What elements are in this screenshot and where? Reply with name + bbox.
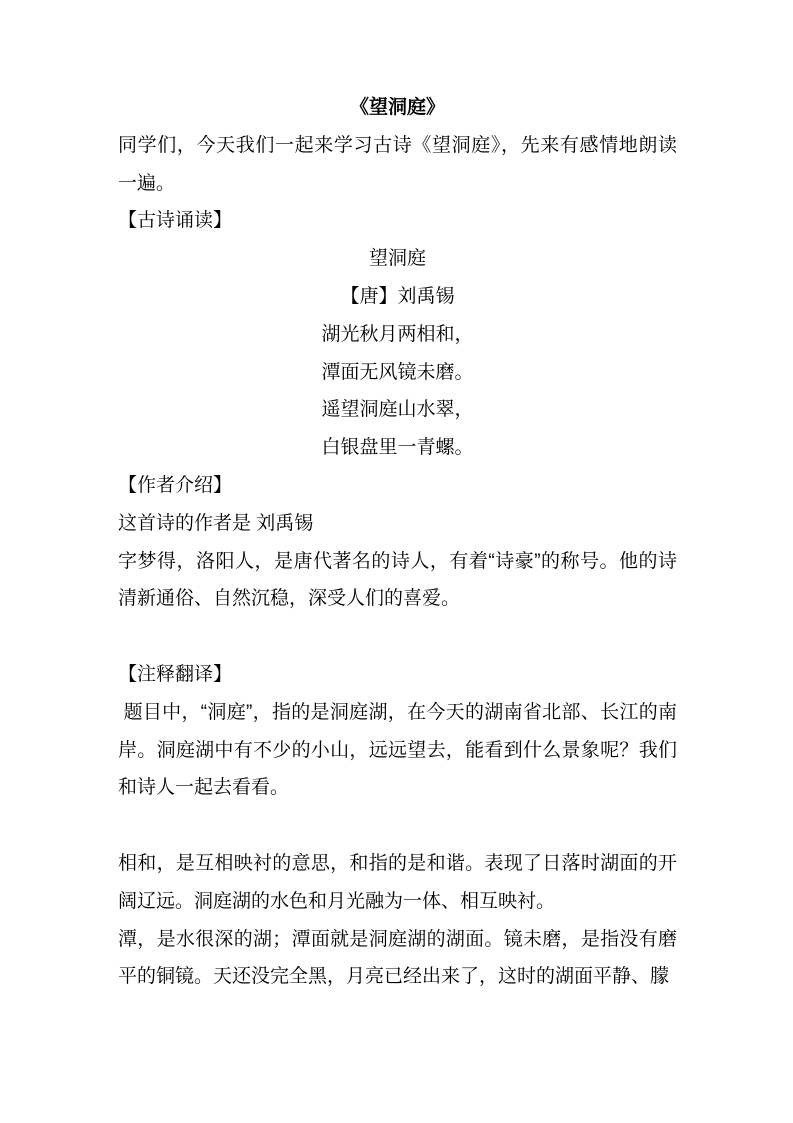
section-header-recite: 【古诗诵读】	[118, 202, 677, 240]
notes-paragraph-2: 相和，是互相映衬的意思，和指的是和谐。表现了日落时湖面的开阔辽远。洞庭湖的水色和…	[118, 845, 677, 921]
intro-paragraph: 同学们，今天我们一起来学习古诗《望洞庭》，先来有感情地朗读一遍。	[118, 127, 677, 203]
section-header-notes: 【注释翻译】	[118, 656, 677, 694]
notes-paragraph-1: 题目中，“洞庭”，指的是洞庭湖，在今天的湖南省北部、长江的南岸。洞庭湖中有不少的…	[118, 694, 677, 807]
poem-line: 湖光秋月两相和，	[118, 316, 677, 354]
document-page: 《望洞庭》 同学们，今天我们一起来学习古诗《望洞庭》，先来有感情地朗读一遍。 【…	[0, 0, 793, 1123]
poem-line: 白银盘里一青螺。	[118, 429, 677, 467]
blank-line	[118, 807, 677, 845]
poem-line: 潭面无风镜未磨。	[118, 354, 677, 392]
document-title: 《望洞庭》	[118, 89, 677, 127]
section-header-author: 【作者介绍】	[118, 467, 677, 505]
poem-line: 遥望洞庭山水翠，	[118, 391, 677, 429]
notes-paragraph-3: 潭，是水很深的湖；潭面就是洞庭湖的湖面。镜未磨，是指没有磨平的铜镜。天还没完全黑…	[118, 921, 677, 997]
poem-title: 望洞庭	[118, 240, 677, 278]
poem-author: 【唐】刘禹锡	[118, 278, 677, 316]
author-intro-line-1: 这首诗的作者是 刘禹锡	[118, 505, 677, 543]
blank-line	[118, 618, 677, 656]
author-intro-line-2: 字梦得，洛阳人，是唐代著名的诗人，有着“诗豪”的称号。他的诗清新通俗、自然沉稳，…	[118, 543, 677, 619]
